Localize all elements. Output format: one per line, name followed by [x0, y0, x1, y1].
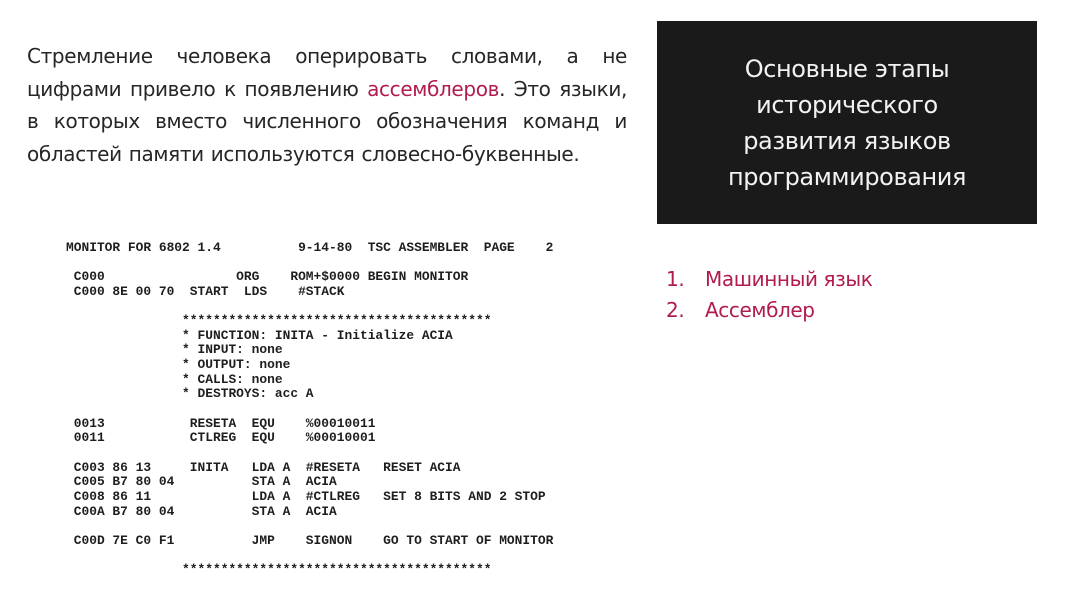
stage-number: 2. [666, 295, 705, 326]
listing-line: * FUNCTION: INITA - Initialize ACIA [66, 329, 553, 344]
listing-line: C000 8E 00 70 START LDS #STACK [66, 285, 553, 300]
stages-list: 1. Машинный язык 2. Ассемблер [666, 264, 872, 326]
title-panel: Основные этапы исторического развития яз… [657, 21, 1037, 224]
listing-line: **************************************** [66, 314, 553, 329]
title-line: программирования [728, 163, 966, 191]
stage-number: 1. [666, 264, 705, 295]
listing-line: C005 B7 80 04 STA A ACIA [66, 475, 553, 490]
listing-line [66, 256, 553, 271]
listing-line: * INPUT: none [66, 343, 553, 358]
listing-line: C00A B7 80 04 STA A ACIA [66, 505, 553, 520]
intro-paragraph: Стремление человека оперировать словами,… [27, 40, 627, 170]
assemblers-highlight: ассемблеров [367, 77, 499, 101]
listing-line: **************************************** [66, 563, 553, 578]
listing-line: 0013 RESETA EQU %00010011 [66, 417, 553, 432]
listing-line: C00D 7E C0 F1 JMP SIGNON GO TO START OF … [66, 534, 553, 549]
listing-line: * CALLS: none [66, 373, 553, 388]
assembler-listing: MONITOR FOR 6802 1.4 9-14-80 TSC ASSEMBL… [66, 241, 553, 578]
listing-line: * OUTPUT: none [66, 358, 553, 373]
listing-line [66, 519, 553, 534]
slide-title: Основные этапы исторического развития яз… [728, 51, 966, 195]
listing-line: MONITOR FOR 6802 1.4 9-14-80 TSC ASSEMBL… [66, 241, 553, 256]
title-line: Основные этапы [745, 55, 950, 83]
listing-line: 0011 CTLREG EQU %00010001 [66, 431, 553, 446]
title-line: исторического [756, 91, 938, 119]
stage-label: Машинный язык [705, 264, 872, 295]
listing-line [66, 548, 553, 563]
listing-line: C003 86 13 INITA LDA A #RESETA RESET ACI… [66, 461, 553, 476]
listing-line [66, 402, 553, 417]
listing-line [66, 300, 553, 315]
listing-line: C008 86 11 LDA A #CTLREG SET 8 BITS AND … [66, 490, 553, 505]
listing-line: C000 ORG ROM+$0000 BEGIN MONITOR [66, 270, 553, 285]
listing-line [66, 446, 553, 461]
listing-line: * DESTROYS: acc A [66, 387, 553, 402]
title-line: развития языков [743, 127, 951, 155]
stage-label: Ассемблер [705, 295, 815, 326]
stage-item-machine-language: 1. Машинный язык [666, 264, 872, 295]
stage-item-assembler: 2. Ассемблер [666, 295, 872, 326]
